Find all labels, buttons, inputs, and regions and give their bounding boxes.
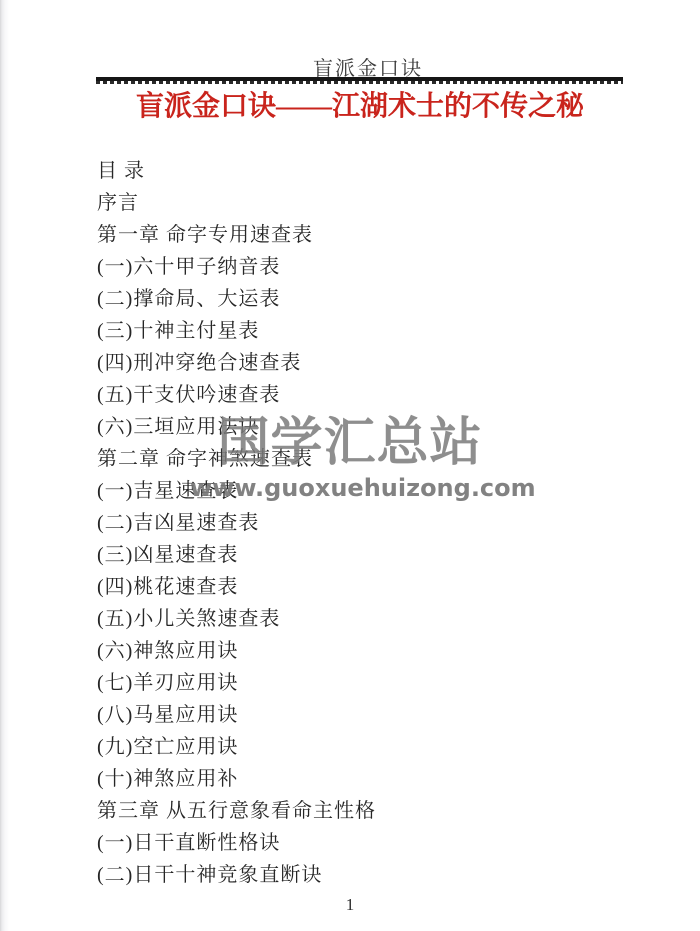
- document-title: 盲派金口诀——江湖术士的不传之秘: [97, 84, 623, 124]
- toc-item: (五)干支伏吟速查表: [97, 379, 617, 411]
- toc-item: (三)凶星速查表: [97, 539, 617, 571]
- page-number: 1: [0, 895, 700, 915]
- toc-item: (八)马星应用诀: [97, 699, 617, 731]
- document-page: 盲派金口诀 盲派金口诀——江湖术士的不传之秘 目 录 序言 第一章 命字专用速查…: [0, 0, 700, 931]
- toc-item: (六)三垣应用法诀: [97, 411, 617, 443]
- toc-item: (九)空亡应用诀: [97, 731, 617, 763]
- toc-item: (二)撑命局、大运表: [97, 283, 617, 315]
- toc-item: (十)神煞应用补: [97, 763, 617, 795]
- toc-item: (四)桃花速查表: [97, 571, 617, 603]
- toc-item: (六)神煞应用诀: [97, 635, 617, 667]
- toc-heading: 目 录: [97, 155, 617, 187]
- toc-item: (一)日干直断性格诀: [97, 827, 617, 859]
- toc-chapter-3: 第三章 从五行意象看命主性格: [97, 795, 617, 827]
- toc-item-preface: 序言: [97, 187, 617, 219]
- toc-item: (一)吉星速查表: [97, 475, 617, 507]
- toc-item: (五)小儿关煞速查表: [97, 603, 617, 635]
- toc-item: (一)六十甲子纳音表: [97, 251, 617, 283]
- toc-chapter-2: 第二章 命字神煞速查表: [97, 443, 617, 475]
- toc-item: (三)十神主付星表: [97, 315, 617, 347]
- toc-item: (二)日干十神竞象直断诀: [97, 859, 617, 891]
- toc-chapter-1: 第一章 命字专用速查表: [97, 219, 617, 251]
- table-of-contents: 目 录 序言 第一章 命字专用速查表 (一)六十甲子纳音表 (二)撑命局、大运表…: [97, 155, 617, 891]
- toc-item: (四)刑冲穿绝合速查表: [97, 347, 617, 379]
- page-left-edge: [0, 0, 9, 931]
- toc-item: (七)羊刃应用诀: [97, 667, 617, 699]
- toc-item: (二)吉凶星速查表: [97, 507, 617, 539]
- header-rule-divider: [96, 77, 623, 84]
